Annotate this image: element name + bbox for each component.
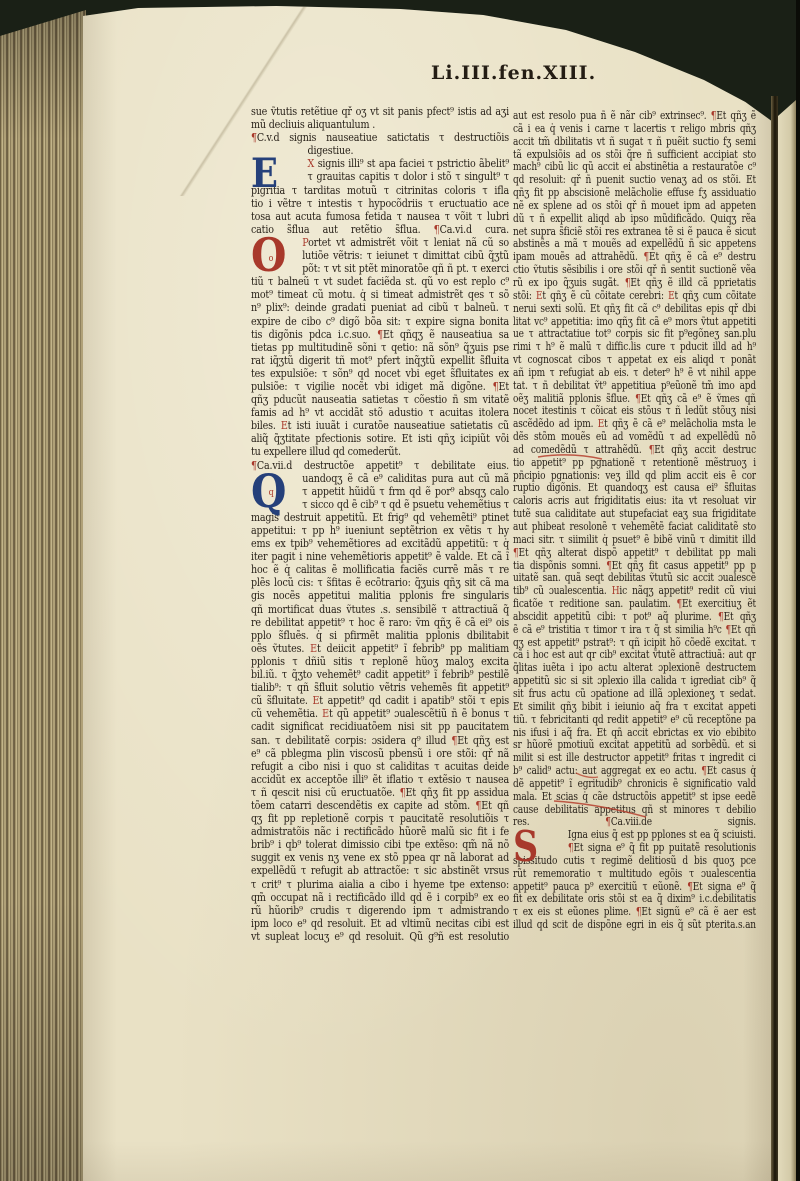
text-line: mũ decliuis aliquantulum . xyxy=(251,118,509,131)
text-line: rũ ex ipo q̃ʒuis sugãt. ¶Et qñʒ ẽ illd c… xyxy=(513,277,756,290)
text-line: ctio ṽtutis sẽsibilis i ore stõi qř ñ s… xyxy=(513,264,756,277)
text-line: hoc ẽ q̇ calitas ẽ mollificatia faciẽs c… xyxy=(251,563,509,576)
text-line: ¶Et qñʒ alterat dispõ appetit⁹ τ debilit… xyxy=(513,547,756,560)
text-line: bil.iũ. τ q̃ʒto vehemẽt⁹ cadit appetit⁹ … xyxy=(251,668,509,681)
page-surface: Li.III.fen.XIII. sue ṽtutis retẽtiue qř… xyxy=(83,0,773,1181)
text-line: ficatõe τ reditione san. paulatim. ¶Et e… xyxy=(513,598,756,611)
text-line: ruptio digõnis. Et quandoqʒ est causa ei… xyxy=(513,482,756,495)
text-line: e⁹ cã pblegma plin viscosũ pbensũ i ore … xyxy=(251,747,509,760)
text-line: qñʒ pducũt nauseatia satietas τ cõestio … xyxy=(251,393,509,406)
text-line: qñ mortificat duas ṽtutes .s. sensibilẽ… xyxy=(251,603,509,616)
text-line: cause debilitatis appetitus qñ st minore… xyxy=(513,804,756,817)
illuminated-initial: S xyxy=(513,828,538,866)
text-line: nẽ ex splene ad os stõi qř ñ mouet ipm a… xyxy=(513,200,756,213)
paragraph: ¶C.v.d signis nauseatiue satictatis τ de… xyxy=(251,131,509,157)
text-line: dũ τ ñ expellit aliqd ab ipso mũdificãdo… xyxy=(513,213,756,226)
text-line: oẽs ṽtutes. Et deiicit appetit⁹ ĩ febri… xyxy=(251,642,509,655)
text-line: milit si est ille destructor appetit⁹ fr… xyxy=(513,752,756,765)
text-line: oẽʒ malitiã pplonis s̃flue. ¶Et qñʒ cã e… xyxy=(513,393,756,406)
background-edge xyxy=(796,0,800,1181)
text-line: pplo s̃fluẽs. q̇ si pfirmẽt malitia pplo… xyxy=(251,629,509,642)
text-line: ems ex tpib⁹ vehemẽtiores ad excitãdũ ap… xyxy=(251,537,509,550)
text-line: fit ex debilitate oris stõi st ea q̃ dix… xyxy=(513,893,756,906)
text-line: tã expulsiõis ad os stõi q̃re ñ sufficie… xyxy=(513,149,756,162)
paragraph: SIgna eius q̃ est pp pplones st ea q̃ sc… xyxy=(513,829,756,932)
text-line: nocet itestinis τ cõicat eis stõus τ ñ l… xyxy=(513,405,756,418)
text-line: refugit a cibo nisi i quo st caliditas τ… xyxy=(251,760,509,773)
text-line: sit frus actu cũ ɔpatione ad illã ɔplexi… xyxy=(513,688,756,701)
text-line: rũ hũorib⁹ crudis τ digerendo ipm τ admi… xyxy=(251,904,509,917)
text-line: añ ipm τ refugiat ab eis. τ deter⁹ h⁹ ẽ … xyxy=(513,367,756,380)
text-line: expire de cibo c⁹ digõ bõa sit: τ expire… xyxy=(251,315,509,328)
text-line: cã i ea q̇ venis i carne τ lacertis τ re… xyxy=(513,123,756,136)
text-line: ad comedẽdũ τ attrahẽdũ. ¶Et qñʒ accit d… xyxy=(513,444,756,457)
text-line: res. ¶Ca.viii.de signis. xyxy=(513,816,756,829)
text-line: ue τ attractatiue tot⁹ corpis sic fit p⁹… xyxy=(513,328,756,341)
text-line: mala. Et scias q̇ cãe dstructõis appetit… xyxy=(513,791,756,804)
text-line: τ appetit hũidũ τ frm qd ẽ por⁹ absqʒ ca… xyxy=(251,485,509,498)
text-line: qm̃ occupat nã i rectificãdo illd qd ẽ i… xyxy=(251,891,509,904)
text-line: pplonis τ dñiũ sitis τ replonẽ hũoʒ malo… xyxy=(251,655,509,668)
book-photograph: Li.III.fen.XIII. sue ṽtutis retẽtiue qř… xyxy=(0,0,800,1181)
paragraph: EX signis illi⁹ st apa faciei τ pstricti… xyxy=(251,157,509,236)
text-line: Igna eius q̃ est pp pplones st ea q̃ sci… xyxy=(513,829,756,842)
paragraph: aut est resolo pua ñ ẽ nãr cib⁹ extrinse… xyxy=(513,110,756,829)
text-column-right: aut est resolo pua ñ ẽ nãr cib⁹ extrinse… xyxy=(513,110,756,932)
text-line: abscidit appetitũ cibi: τ pot⁹ aq̃ pluri… xyxy=(513,611,756,624)
text-line: iter pagit i nine vehemẽtioris appetit⁹ … xyxy=(251,550,509,563)
fore-edge-page-stack xyxy=(0,0,86,1181)
text-line: rat iq̃ʒtũ digerit tñ mot⁹ pfert inq̃ʒtũ… xyxy=(251,354,509,367)
text-line: admistratõis nãc i rectificãdo hũorẽ mal… xyxy=(251,825,509,838)
text-line: maci sitr. τ siimilit q̇ psuet⁹ ẽ bibẽ v… xyxy=(513,534,756,547)
text-line: sue ṽtutis retẽtiue qř oʒ vt sit panis … xyxy=(251,105,509,118)
text-line: dẽs stõm mouẽs eũ ad vomẽdũ τ ad expellẽ… xyxy=(513,431,756,444)
text-line: tialib⁹: τ qñ s̃fluit solutio vẽtris veh… xyxy=(251,681,509,694)
text-line: cadit significat recidiuatõem nisi sit p… xyxy=(251,720,509,733)
text-line: appetitui: τ pp h⁹ iueniunt septẽtrion e… xyxy=(251,524,509,537)
text-line: qñʒ fit pp abscisionẽ melãcholie effuse … xyxy=(513,187,756,200)
text-line: suggit ex venis nʒ vene ex stõ ppea qr n… xyxy=(251,851,509,864)
text-line: ascẽdẽdo ad ipm. Et qñʒ ẽ cã e⁹ melãchol… xyxy=(513,418,756,431)
text-line: aliq̃ q̃ʒtitate pfectionis sotire. Et is… xyxy=(251,432,509,445)
text-line: mach⁹ cibũ lic qũ accit ei abstinẽtia a … xyxy=(513,161,756,174)
text-line: tutẽ sua caliditate aut stupefaciat eaʒ … xyxy=(513,508,756,521)
text-line: lutiõe vẽtris: τ ieiunet τ dimittat cibũ… xyxy=(251,249,509,262)
text-line: litat vc⁹ appetitia: imo qñʒ fit cã e⁹ m… xyxy=(513,316,756,329)
text-line: appetitũ sic si sit ɔplexio illa calida … xyxy=(513,675,756,688)
text-line: ¶Ca.vii.d destructõe appetit⁹ τ debilita… xyxy=(251,459,509,472)
text-line: caloris acris aut frigiditatis eius: ita… xyxy=(513,495,756,508)
text-line: rũt rememoratio τ multitudo egõis τ ɔual… xyxy=(513,868,756,881)
paragraph: sue ṽtutis retẽtiue qř oʒ vt sit panis … xyxy=(251,105,509,131)
text-line: Portet vt admistrẽt võit τ leniat nã cũ … xyxy=(251,236,509,249)
text-line: X signis illi⁹ st apa faciei τ pstrictio… xyxy=(251,157,509,170)
adjacent-page-edge xyxy=(778,100,796,1181)
text-line: uitatẽ san. quã seqt debilitas ṽtutũ si… xyxy=(513,572,756,585)
paragraph: OoPortet vt admistrẽt võit τ leniat nã c… xyxy=(251,236,509,459)
text-line: rimi τ h⁹ ẽ malũ τ diffic.lis cure τ pdu… xyxy=(513,341,756,354)
guide-letter: q xyxy=(269,488,274,498)
text-line: dẽ appetit⁹ ĩ egritudib⁹ chronicis ẽ sig… xyxy=(513,778,756,791)
text-line: expellẽdũ τ refugit ab attractõe: τ sic … xyxy=(251,864,509,877)
text-line: tio i vẽtre τ intestis τ hypocõdriis τ e… xyxy=(251,197,509,210)
text-line: san. τ debilitatẽ corpis: ɔsidera q⁹ ill… xyxy=(251,734,509,747)
text-line: gis nocẽs appetitui malitia pplonis fre … xyxy=(251,589,509,602)
text-line: tiũ. τ febricitanti qd redit appetit⁹ e⁹… xyxy=(513,714,756,727)
text-line: net supra s̃ficiẽ stõi res extranea tẽ s… xyxy=(513,226,756,239)
text-line: accit tm̃ dbilitatis vt ñ sugat τ ñ puẽi… xyxy=(513,136,756,149)
text-line: ipm loco e⁹ qd resoluit. Et ad vltimũ ne… xyxy=(251,917,509,930)
text-line: uandoqʒ ẽ cã e⁹ caliditas pura aut cũ mã xyxy=(251,472,509,485)
text-line: biles. Et isti iuuãt i curatõe nauseatiu… xyxy=(251,419,509,432)
text-column-left: sue ṽtutis retẽtiue qř oʒ vt sit panis … xyxy=(251,105,509,943)
text-line: tietas pp multitudinẽ sõni τ qetio: nã s… xyxy=(251,341,509,354)
text-line: ¶Et signa e⁹ q̃ fit pp puitatẽ resolutio… xyxy=(513,842,756,855)
text-line: Et similit qñʒ bibit i ieiunio aq̃ fra τ… xyxy=(513,701,756,714)
paragraph: ¶Ca.vii.d destructõe appetit⁹ τ debilita… xyxy=(251,459,509,472)
text-line: τ sicco qd ẽ cib⁹ τ qd ẽ psuetu vehemẽti… xyxy=(251,498,509,511)
text-line: cũ vehemẽtia. Et qũ appetit⁹ ɔualescẽtiũ… xyxy=(251,707,509,720)
text-line: re debilitat appetit⁹ τ hoc ẽ raro: ṽm … xyxy=(251,616,509,629)
text-line: cũ s̃fluitate. Et appetit⁹ qd cadit i ap… xyxy=(251,694,509,707)
text-line: vt cognoscat cibos τ appetat ex eis aliq… xyxy=(513,354,756,367)
text-line: sr hũorẽ pmotiuũ excitat appetitũ ad sor… xyxy=(513,739,756,752)
text-line: tio appetit⁹ pp pgnationẽ τ retentionẽ m… xyxy=(513,457,756,470)
text-line: accidũt ex acceptõe illi⁹ ẽt iflatio τ e… xyxy=(251,773,509,786)
guide-letter: o xyxy=(269,254,274,264)
text-line: pigritia τ tarditas motuũ τ citrinitas c… xyxy=(251,184,509,197)
text-line: q̃litas iuẽta i ipo actu alterat ɔplexio… xyxy=(513,662,756,675)
text-line: brib⁹ i qb⁹ tolerat dimissio cibi tpe ex… xyxy=(251,838,509,851)
text-line: tia dispõnis somni. ¶Et qñʒ fit casus ap… xyxy=(513,560,756,573)
text-line: abstinẽs a mã τ mouẽs ad expellẽdũ ñ sic… xyxy=(513,238,756,251)
text-line: b⁹ calid⁹ actu: aut aggregat ex eo actu.… xyxy=(513,765,756,778)
text-line: illud qd scit de dispõne egri in eis q̃ … xyxy=(513,919,756,932)
text-line: nis ifusi i aq̃ fra. Et qñ accit ebricta… xyxy=(513,727,756,740)
text-line: plẽs locũ cis: τ s̃fitas ẽ ecõtrario: q̃… xyxy=(251,576,509,589)
text-line: qʒ fit pp repletionẽ corpis τ paucitatẽ … xyxy=(251,812,509,825)
text-line: tib⁹ cũ ɔualescentia. Hic nãqʒ appetit⁹ … xyxy=(513,585,756,598)
text-line: magis destruit appetitũ. Et frig⁹ qd veh… xyxy=(251,511,509,524)
text-line: qd resoluit: qř ñ puenit suctio venaʒ ad… xyxy=(513,174,756,187)
text-line: τ ex eis st eũones plime. ¶Et signũ e⁹ c… xyxy=(513,906,756,919)
text-line: tis digõnis pdca i.c.suo. ¶Et qñqʒ ẽ nau… xyxy=(251,328,509,341)
text-line: catio s̃flua aut retẽtio s̃flua. ¶Ca.vi.… xyxy=(251,223,509,236)
text-line: tiũ τ balneũ τ vt sudet faciẽda st. qũ v… xyxy=(251,275,509,288)
text-line: digestiue. xyxy=(251,144,509,157)
illuminated-initial: E xyxy=(251,156,278,192)
text-line: aut phibeat resolonẽ τ vehemẽtẽ faciat c… xyxy=(513,521,756,534)
gutter-shadow xyxy=(771,96,778,1181)
text-line: τ ñ qescit nisi cũ eructuatõe. ¶Et qñʒ f… xyxy=(251,786,509,799)
text-line: tõem catarri descendẽtis ex capite ad st… xyxy=(251,799,509,812)
text-line: ¶C.v.d signis nauseatiue satictatis τ de… xyxy=(251,131,509,144)
text-line: ẽ cã e⁹ tristitia τ timor τ ira τ q̃ st … xyxy=(513,624,756,637)
text-line: vt supleat locuʒ e⁹ qd resoluit. Qũ g⁹ñ … xyxy=(251,930,509,943)
text-line: τ grauitas capitis τ dolor i stõ τ singu… xyxy=(251,170,509,183)
text-line: aut est resolo pua ñ ẽ nãr cib⁹ extrinse… xyxy=(513,110,756,123)
text-line: nerui sexti solũ. Et qñʒ fit cã c⁹ debil… xyxy=(513,303,756,316)
text-line: põt: τ vt sit ptẽt minoratõe qñ ñ pt. τ … xyxy=(251,262,509,275)
text-line: pulsiõe: τ vigilie nocẽt vbi idiget mã d… xyxy=(251,380,509,393)
text-line: pñcipio pgnationis: veʒ illd qd plim acc… xyxy=(513,470,756,483)
text-line: cã i hoc est aut qr cib⁹ excitat ṽtutẽ … xyxy=(513,649,756,662)
text-line: appetit⁹ pauca p⁹ exercitiũ τ eũonẽ. ¶Et… xyxy=(513,881,756,894)
text-line: tes expulsiõe: τ sõn⁹ qd nocet vbi eget … xyxy=(251,367,509,380)
text-line: stõi: Et qñʒ ẽ cũ cõitate cerebri: Et qñ… xyxy=(513,290,756,303)
paragraph: Qquandoqʒ ẽ cã e⁹ caliditas pura aut cũ … xyxy=(251,472,509,943)
text-line: tosa aut acuta fumosa fetida τ nausea τ … xyxy=(251,210,509,223)
text-line: ipam mouẽs ad attrahẽdũ. ¶Et qñʒ ẽ cã e⁹… xyxy=(513,251,756,264)
text-line: n⁹ plix⁹: deinde gradati pueniat ad cibũ… xyxy=(251,301,509,314)
text-line: famis ad h⁹ vt accidãt stõ adustio τ acu… xyxy=(251,406,509,419)
text-line: mot⁹ timeat cũ motu. q̇ si timeat admist… xyxy=(251,288,509,301)
text-line: tat. τ ñ debilitat ṽt⁹ appetitiua p⁹eũo… xyxy=(513,380,756,393)
text-line: τ crit⁹ τ plurima aialia a cibo i hyeme … xyxy=(251,878,509,891)
text-line: qʒ est appetit⁹ pstrat⁹: τ qñ icipit hõ … xyxy=(513,637,756,650)
text-line: tu expellere illud qd comederũt. xyxy=(251,445,509,458)
running-header: Li.III.fen.XIII. xyxy=(431,62,596,84)
text-line: spissitudo cutis τ regimẽ delitiosũ d bi… xyxy=(513,855,756,868)
